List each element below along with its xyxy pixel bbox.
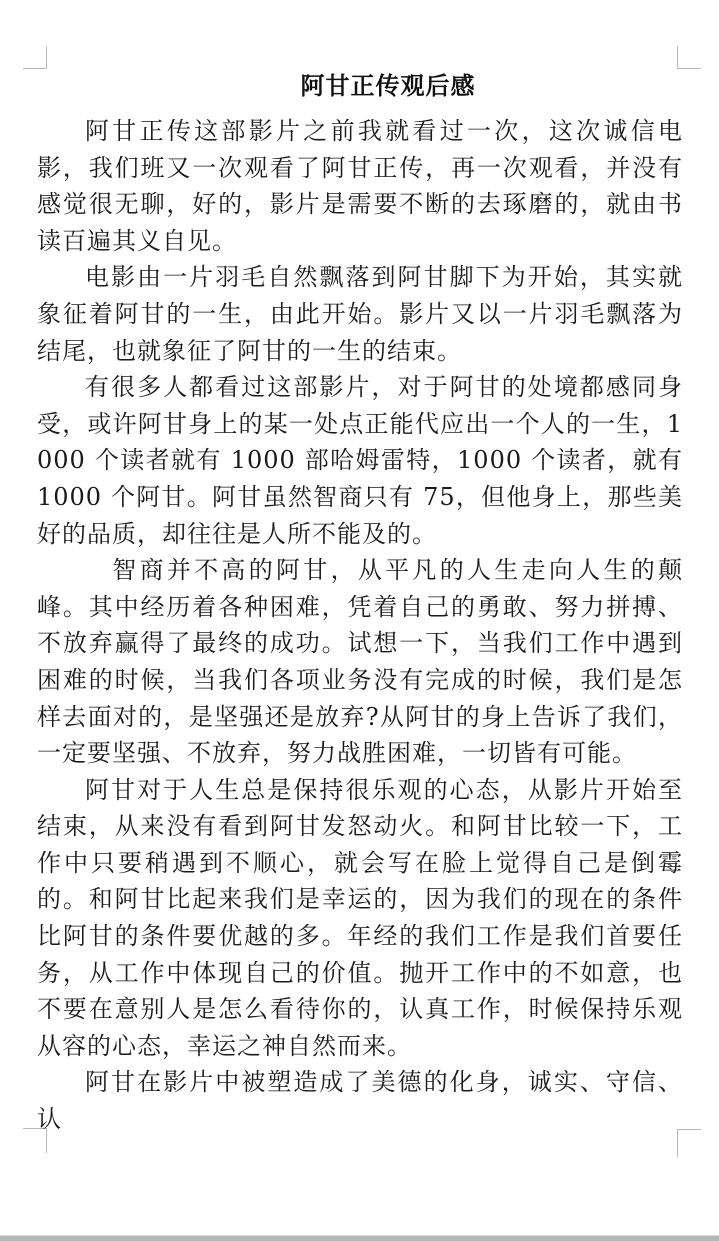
document-title: 阿甘正传观后感 (37, 68, 683, 105)
page-bottom-edge (0, 1235, 719, 1241)
text-boundary-mark-top-left (23, 46, 47, 69)
paragraph-6: 阿甘在影片中被塑造成了美德的化身，诚实、守信、认 (37, 1064, 683, 1137)
document-body: 阿甘正传这部影片之前我就看过一次，这次诚信电影，我们班又一次观看了阿甘正传，再一… (37, 113, 683, 1138)
paragraph-3: 有很多人都看过这部影片，对于阿甘的处境都感同身受，或许阿甘身上的某一处点正能代应… (37, 369, 683, 552)
paragraph-5: 阿甘对于人生总是保持很乐观的心态，从影片开始至结束，从来没有看到阿甘发怒动火。和… (37, 772, 683, 1065)
paragraph-2: 电影由一片羽毛自然飘落到阿甘脚下为开始，其实就象征着阿甘的一生，由此开始。影片又… (37, 259, 683, 369)
document-page: 阿甘正传观后感 阿甘正传这部影片之前我就看过一次，这次诚信电影，我们班又一次观看… (0, 0, 719, 1241)
text-boundary-mark-top-right (677, 46, 701, 69)
paragraph-1: 阿甘正传这部影片之前我就看过一次，这次诚信电影，我们班又一次观看了阿甘正传，再一… (37, 113, 683, 259)
paragraph-4: 智商并不高的阿甘，从平凡的人生走向人生的颠峰。其中经历着各种困难，凭着自己的勇敢… (37, 552, 683, 772)
